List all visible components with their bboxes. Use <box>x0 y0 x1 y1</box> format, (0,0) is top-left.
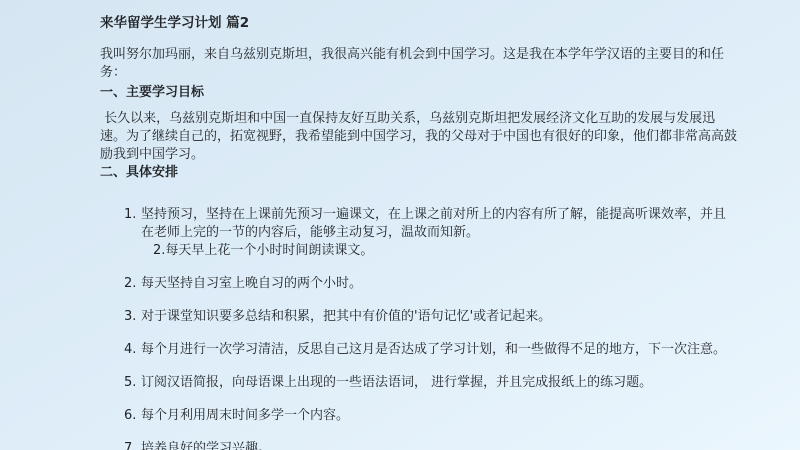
list-item-1: 1. 坚持预习，坚持在上课前先预习一遍课文，在上课之前对所上的内容有所了解，能提… <box>124 206 760 260</box>
item-2-text: 每天坚持自习室上晚自习的两个小时。 <box>141 275 760 293</box>
item-5-text: 订阅汉语简报，向母语课上出现的一些语法语词， 进行掌握，并且完成报纸上的练习题。 <box>141 374 760 392</box>
list-item-6: 6. 每个月利用周末时间多学一个内容。 <box>124 407 760 425</box>
intro-paragraph: 我叫努尔加玛丽，来自乌兹别克斯坦，我很高兴能有机会到中国学习。这是我在本学年学汉… <box>100 46 760 82</box>
list-item-3: 3. 对于课堂知识要多总结和积累，把其中有价值的'语句记忆'或者记起来。 <box>124 308 760 326</box>
document-title: 来华留学生学习计划 篇2 <box>100 14 760 32</box>
item-2-number: 2. <box>124 275 141 293</box>
item-1-number: 1. <box>124 206 141 224</box>
list-item-2: 2. 每天坚持自习室上晚自习的两个小时。 <box>124 275 760 293</box>
item-4-text: 每个月进行一次学习清洁，反思自己这月是否达成了学习计划，和一些做得不足的地方，下… <box>141 341 760 359</box>
section2-heading: 二、具体安排 <box>100 164 760 182</box>
section1-heading: 一、主要学习目标 <box>100 84 760 102</box>
item-3-number: 3. <box>124 308 141 326</box>
study-plan-list: 1. 坚持预习，坚持在上课前先预习一遍课文，在上课之前对所上的内容有所了解，能提… <box>124 206 760 450</box>
list-item-4: 4. 每个月进行一次学习清洁，反思自己这月是否达成了学习计划，和一些做得不足的地… <box>124 341 760 359</box>
list-item-7: 7. 培养良好的学习兴趣。 <box>124 440 760 450</box>
item-7-text: 培养良好的学习兴趣。 <box>141 440 760 450</box>
document-page: 来华留学生学习计划 篇2 我叫努尔加玛丽，来自乌兹别克斯坦，我很高兴能有机会到中… <box>0 0 800 450</box>
section1-paragraph: 长久以来，乌兹别克斯坦和中国一直保持友好互助关系，乌兹别克斯坦把发展经济文化互助… <box>100 110 760 164</box>
list-item-5: 5. 订阅汉语简报，向母语课上出现的一些语法语词， 进行掌握，并且完成报纸上的练… <box>124 374 760 392</box>
item-1-sub-item: 2.每天早上花一个小时时间朗读课文。 <box>153 242 760 260</box>
item-6-text: 每个月利用周末时间多学一个内容。 <box>141 407 760 425</box>
item-5-number: 5. <box>124 374 141 392</box>
item-4-number: 4. <box>124 341 141 359</box>
item-6-number: 6. <box>124 407 141 425</box>
item-7-number: 7. <box>124 440 141 450</box>
item-3-text: 对于课堂知识要多总结和积累，把其中有价值的'语句记忆'或者记起来。 <box>141 308 760 326</box>
item-1-body: 坚持预习，坚持在上课前先预习一遍课文，在上课之前对所上的内容有所了解，能提高听课… <box>141 206 760 260</box>
item-1-text: 坚持预习，坚持在上课前先预习一遍课文，在上课之前对所上的内容有所了解，能提高听课… <box>141 206 760 242</box>
